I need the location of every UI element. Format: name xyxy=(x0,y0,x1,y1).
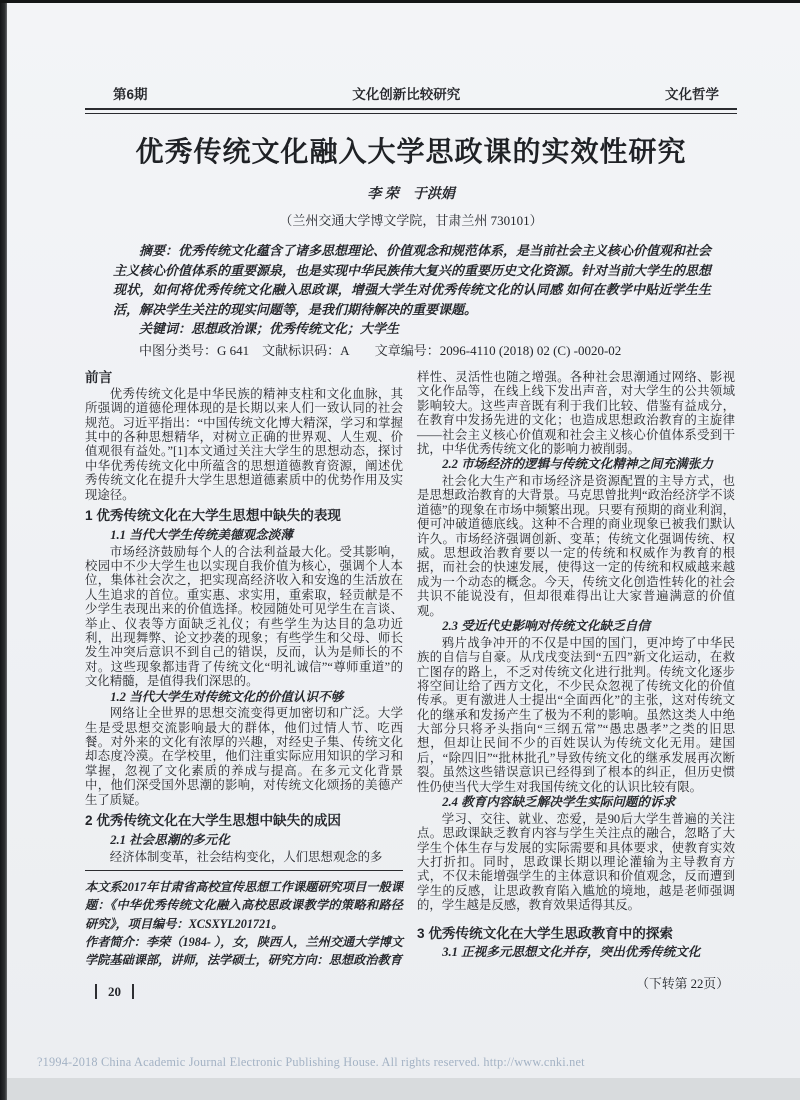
continuation-note: （下转第 22页） xyxy=(417,977,735,992)
section-2-3-paragraph: 鸦片战争冲开的不仅是中国的国门，更冲垮了中华民族的自信与自豪。从戊戌变法到“五四… xyxy=(417,636,735,794)
header-rule xyxy=(85,108,737,114)
page-number-bar-left xyxy=(95,984,97,999)
page-content: 第6期 文化创新比较研究 文化哲学 优秀传统文化融入大学思政课的实效性研究 李 … xyxy=(85,3,737,999)
section-2-2-paragraph: 社会化大生产和市场经济是资源配置的主导方式，也是思想政治教育的大背景。马克思曾批… xyxy=(417,474,735,618)
section-1-2-heading: 1.2 当代大学生对传统文化的价值认识不够 xyxy=(85,690,403,706)
fund-project-note: 本文系2017年甘肃省高校宣传思想工作课题研究项目一般课题：《中华优秀传统文化融… xyxy=(85,878,403,933)
section-3-heading: 3 优秀传统文化在大学生思政教育中的探索 xyxy=(417,926,735,943)
section-2-2-heading: 2.2 市场经济的逻辑与传统文化精神之间充满张力 xyxy=(417,457,735,473)
section-1-1-paragraph: 市场经济鼓励每个人的合法利益最大化。受其影响，校园中不少大学生也以实现自我价值为… xyxy=(85,545,403,689)
scanned-paper-page: 第6期 文化创新比较研究 文化哲学 优秀传统文化融入大学思政课的实效性研究 李 … xyxy=(7,3,800,1078)
two-column-body: 前言 优秀传统文化是中华民族的精神支柱和文化血脉，其所强调的道德伦理体现的是长期… xyxy=(85,370,735,999)
scan-edge-top xyxy=(0,0,800,3)
footnote-block: 本文系2017年甘肃省高校宣传思想工作课题研究项目一般课题：《中华优秀传统文化融… xyxy=(85,864,403,969)
section-2-4-paragraph: 学习、交往、就业、恋爱，是90后大学生普遍的关注点。思政课缺乏教育内容与学生关注… xyxy=(417,812,735,913)
preface-paragraph: 优秀传统文化是中华民族的精神支柱和文化血脉，其所强调的道德伦理体现的是长期以来人… xyxy=(85,387,403,502)
page-number-value: 20 xyxy=(108,984,121,999)
author-affiliation: （兰州交通大学博文学院，甘肃兰州 730101） xyxy=(85,210,737,229)
section-3-1-heading: 3.1 正视多元思想文化并存，突出优秀传统文化 xyxy=(417,945,735,961)
issue-number: 第6期 xyxy=(113,83,148,103)
abstract-block: 摘要：优秀传统文化蕴含了诸多思想理论、价值观念和规范体系，是当前社会主义核心价值… xyxy=(113,241,711,360)
section-1-1-heading: 1.1 当代大学生传统美德观念淡薄 xyxy=(85,528,403,544)
section-2-heading: 2 优秀传统文化在大学生思想中缺失的成因 xyxy=(85,813,403,830)
page-number: 20 xyxy=(85,984,403,999)
section-1-2-paragraph: 网络让全世界的思想交流变得更加密切和广泛。大学生是受思想交流影响最大的群体，他们… xyxy=(85,706,403,807)
preface-heading: 前言 xyxy=(85,370,403,386)
left-column: 前言 优秀传统文化是中华民族的精神支柱和文化血脉，其所强调的道德伦理体现的是长期… xyxy=(85,370,403,999)
abstract-text: 摘要：优秀传统文化蕴含了诸多思想理论、价值观念和规范体系，是当前社会主义核心价值… xyxy=(113,241,711,319)
section-2-4-heading: 2.4 教育内容缺乏解决学生实际问题的诉求 xyxy=(417,795,735,811)
footnote-rule xyxy=(85,870,403,871)
section-2-3-heading: 2.3 受近代史影响对传统文化缺乏自信 xyxy=(417,619,735,635)
page-number-bar-right xyxy=(132,984,134,999)
right-column: 样性、灵活性也随之增强。各种社会思潮通过网络、影视文化作品等，在线上线下发出声音… xyxy=(417,370,735,999)
column-name: 文化哲学 xyxy=(665,83,719,103)
section-2-1-continuation: 样性、灵活性也随之增强。各种社会思潮通过网络、影视文化作品等，在线上线下发出声音… xyxy=(417,370,735,456)
scan-edge-left xyxy=(0,0,7,1100)
scan-bottom-band xyxy=(7,1078,800,1100)
cnki-watermark: ?1994-2018 China Academic Journal Electr… xyxy=(37,1055,777,1070)
section-2-1-heading: 2.1 社会思潮的多元化 xyxy=(85,833,403,849)
author-bio-note: 作者简介：李荣（1984- ），女，陕西人，兰州交通大学博文学院基础课部，讲师，… xyxy=(85,933,403,970)
article-title: 优秀传统文化融入大学思政课的实效性研究 xyxy=(85,130,737,170)
article-authors: 李 荣 于洪娟 xyxy=(85,183,737,203)
journal-title: 文化创新比较研究 xyxy=(352,83,460,103)
keywords-line: 关键词：思想政治课；优秀传统文化；大学生 xyxy=(113,319,711,339)
section-1-heading: 1 优秀传统文化在大学生思想中缺失的表现 xyxy=(85,508,403,525)
clc-line: 中图分类号：G 641 文献标识码：A 文章编号：2096-4110 (2018… xyxy=(113,341,711,361)
section-2-1-paragraph: 经济体制变革，社会结构变化，人们思想观念的多 xyxy=(85,850,403,864)
journal-header: 第6期 文化创新比较研究 文化哲学 xyxy=(85,3,737,103)
